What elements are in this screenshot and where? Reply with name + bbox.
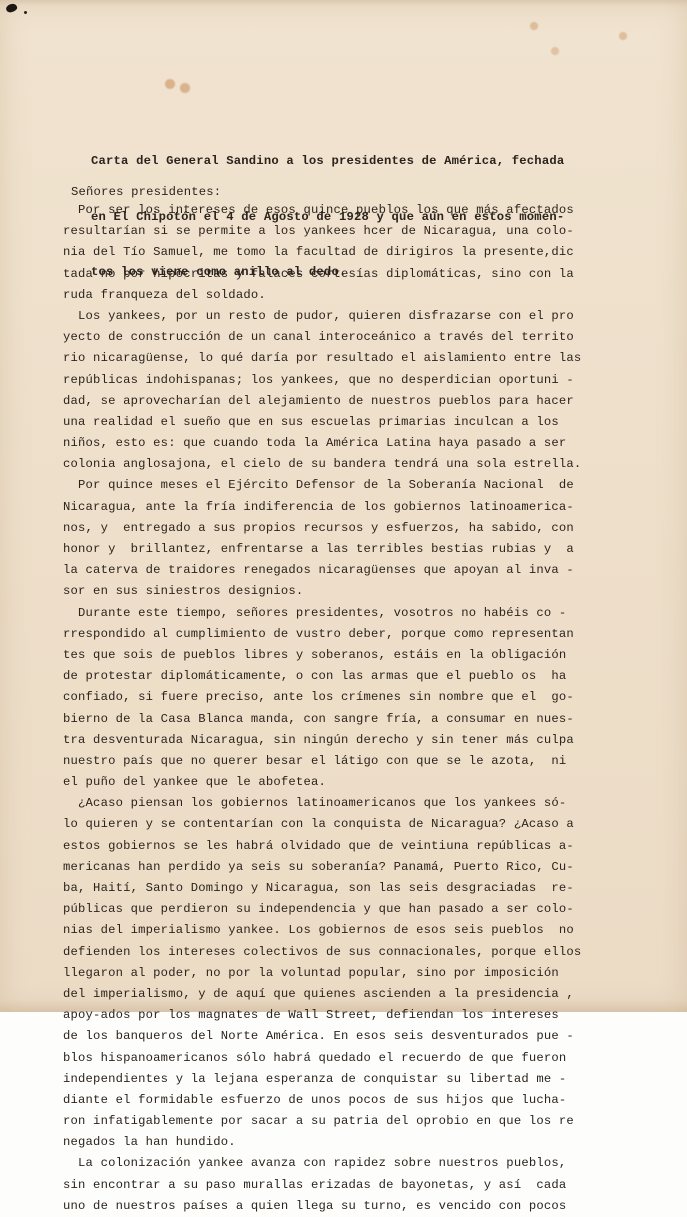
body-line: Nicaragua, ante la fría indiferencia de … xyxy=(63,497,581,518)
body-line: defienden los intereses colectivos de su… xyxy=(63,942,581,963)
letter-body: Por ser los intereses de esos quince pue… xyxy=(63,200,581,1024)
body-line: Durante este tiempo, señores presidentes… xyxy=(63,603,581,624)
body-line: mericanas han perdido ya seis su soberan… xyxy=(63,857,581,878)
body-line: confiado, si fuere preciso, ante los crí… xyxy=(63,687,581,708)
body-line: el puño del yankee que le abofetea. xyxy=(63,772,581,793)
body-line: nuestro país que no querer besar el láti… xyxy=(63,751,581,772)
body-line: nos, y entregado a sus propios recursos … xyxy=(63,518,581,539)
body-line: resultarían si se permite a los yankees … xyxy=(63,221,581,242)
body-line: públicas que perdieron su independencia … xyxy=(63,899,581,920)
body-line: ruda franqueza del soldado. xyxy=(63,285,581,306)
body-line: dad, se aprovecharían del alejamiento de… xyxy=(63,391,581,412)
body-line: Por quince meses el Ejército Defensor de… xyxy=(63,475,581,496)
body-line: nias del imperialismo yankee. Los gobier… xyxy=(63,920,581,941)
body-line: la caterva de traidores renegados nicara… xyxy=(63,560,581,581)
body-line: tes que sois de pueblos libres y soberan… xyxy=(63,645,581,666)
body-line: sor en sus siniestros designios. xyxy=(63,581,581,602)
body-line: apoy-ados por los magnates de Wall Stree… xyxy=(63,1005,581,1024)
body-line: una realidad el sueño que en sus escuela… xyxy=(63,412,581,433)
body-line: llegaron al poder, no por la voluntad po… xyxy=(63,963,581,984)
body-line: rrespondido al cumplimiento de vustro de… xyxy=(63,624,581,645)
typewritten-letter-page: Carta del General Sandino a los presiden… xyxy=(0,0,687,1012)
body-line: rio nicaragüense, lo qué daría por resul… xyxy=(63,348,581,369)
body-line: yecto de construcción de un canal intero… xyxy=(63,327,581,348)
body-line: de protestar diplomáticamente, o con las… xyxy=(63,666,581,687)
body-line: tada no por hipócritas y falaces cortesí… xyxy=(63,264,581,285)
body-line: tra desventurada Nicaragua, sin ningún d… xyxy=(63,730,581,751)
body-line: Los yankees, por un resto de pudor, quie… xyxy=(63,306,581,327)
body-line: nia del Tío Samuel, me tomo la facultad … xyxy=(63,242,581,263)
body-line: bierno de la Casa Blanca manda, con sang… xyxy=(63,709,581,730)
ink-speck xyxy=(24,11,27,14)
body-line: del imperialismo, y de aquí que quienes … xyxy=(63,984,581,1005)
ink-blot xyxy=(5,2,18,14)
body-line: ba, Haití, Santo Domingo y Nicaragua, so… xyxy=(63,878,581,899)
body-line: ¿Acaso piensan los gobiernos latinoameri… xyxy=(63,793,581,814)
body-line: Por ser los intereses de esos quince pue… xyxy=(63,200,581,221)
body-line: honor y brillantez, enfrentarse a las te… xyxy=(63,539,581,560)
heading-line: Carta del General Sandino a los presiden… xyxy=(91,152,564,171)
body-line: lo quieren y se contentarían con la conq… xyxy=(63,814,581,835)
body-line: estos gobiernos se les habrá olvidado qu… xyxy=(63,836,581,857)
body-line: niños, esto es: que cuando toda la Améri… xyxy=(63,433,581,454)
body-line: colonia anglosajona, el cielo de su band… xyxy=(63,454,581,475)
body-line: repúblicas indohispanas; los yankees, qu… xyxy=(63,370,581,391)
